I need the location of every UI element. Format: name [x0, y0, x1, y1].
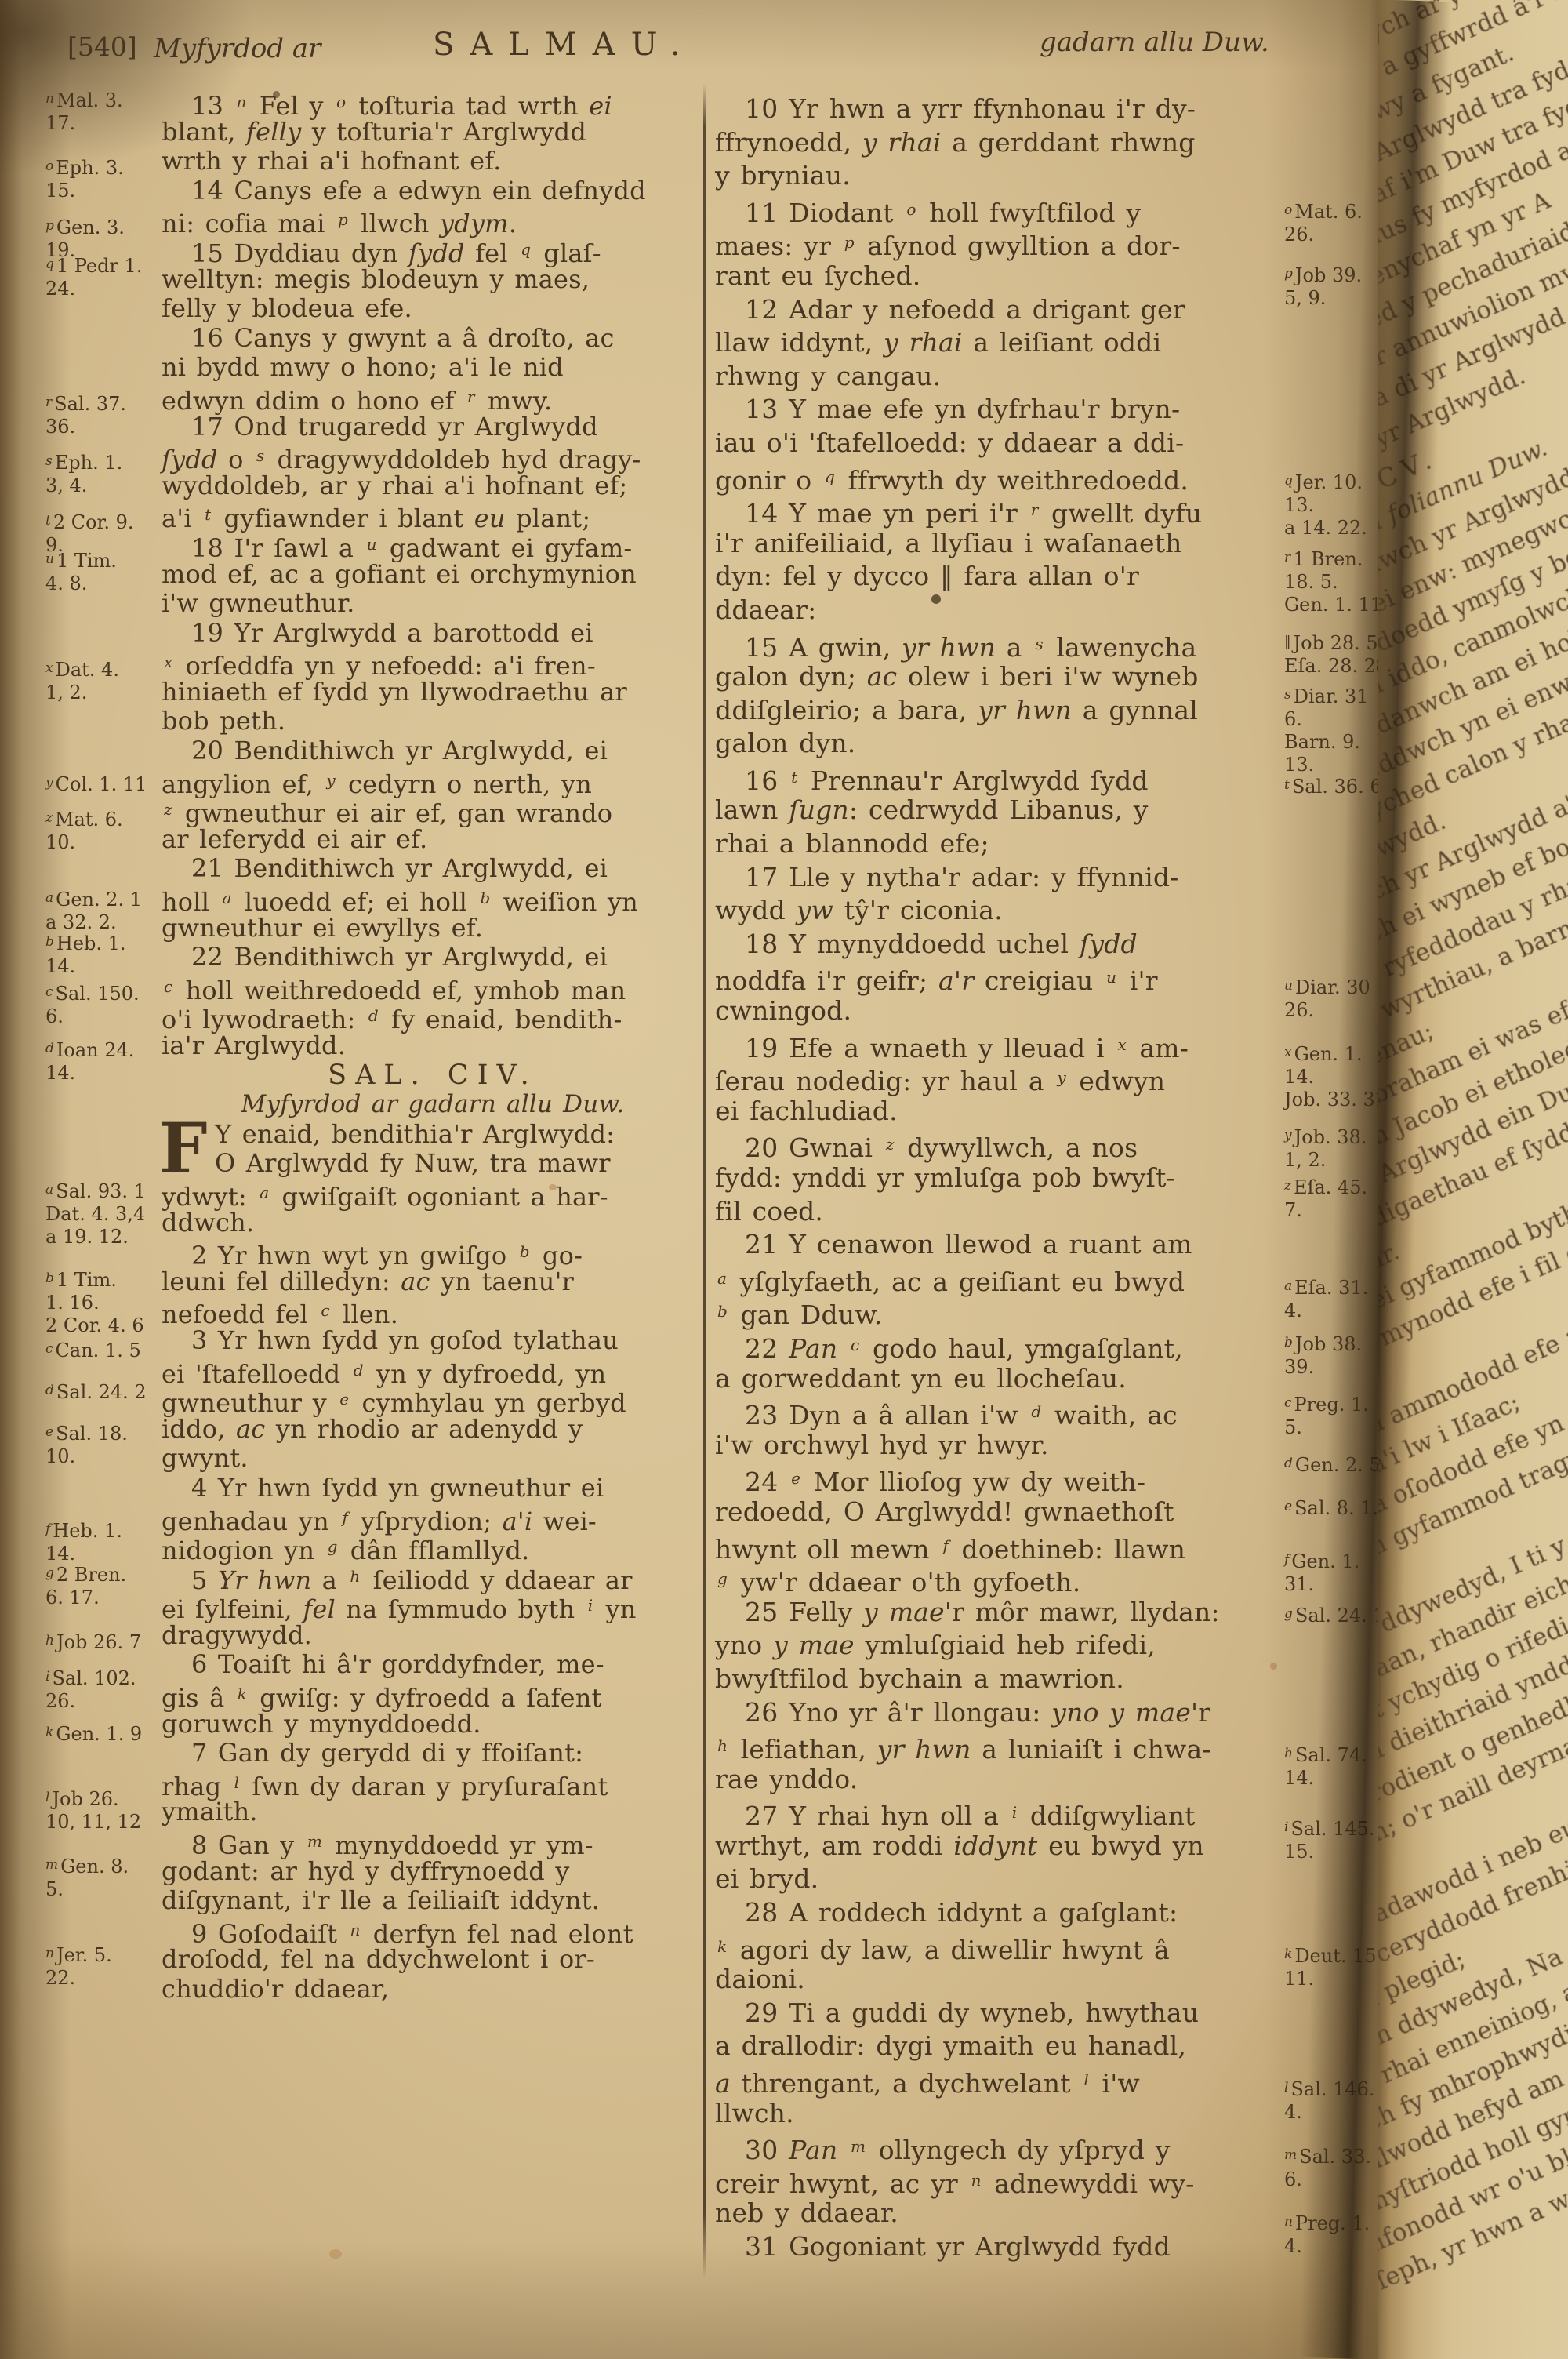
text-line: O Arglwydd fy Nuw, tra mawr: [162, 1149, 704, 1179]
page-title: SALMAU.: [433, 27, 695, 63]
margin-note: cSal. 150.6.: [45, 981, 140, 1028]
margin-note: kGen. 1. 9: [45, 1721, 142, 1746]
margin-note: eSal. 18.10.: [45, 1421, 128, 1468]
margin-note: nMal. 3.17.: [45, 88, 123, 135]
text-line: 17 Lle y nytha'r adar: y ffynnid-: [715, 861, 1269, 895]
text-line: h lefiathan, yr hwn a luniaiſt i chwa-: [715, 1729, 1269, 1763]
text-line: ei ſylfeini, fel na ſymmudo byth i yn: [162, 1591, 704, 1621]
text-line: wyddoldeb, ar y rhai a'i hofnant ef;: [162, 471, 704, 501]
text-line: 13 n Fel y o toſturia tad wrth ei: [162, 88, 704, 118]
text-line: ei bryd.: [715, 1863, 1269, 1896]
margin-note: fHeb. 1.14.: [45, 1518, 122, 1565]
text-line: goruwch y mynyddoedd.: [162, 1710, 704, 1739]
margin-note: mGen. 8.5.: [45, 1854, 129, 1901]
margin-note: aSal. 93. 1Dat. 4. 3,4a 19. 12.: [45, 1179, 146, 1249]
margin-note: lJob 26.10, 11, 12: [45, 1787, 141, 1834]
margin-note: aGen. 2. 1a 32. 2.: [45, 887, 142, 934]
text-line: iddo, ac yn rhodio ar adenydd y: [162, 1415, 704, 1445]
text-line: 2 Yr hwn wyt yn gwiſgo b go-: [162, 1238, 704, 1267]
text-line: wrthyt, am roddi iddynt eu bwyd yn: [715, 1830, 1269, 1863]
margin-note: g2 Bren.6. 17.: [45, 1562, 126, 1609]
text-line: wrth y rhai a'i hofnant ef.: [162, 147, 704, 176]
text-line: fil coed.: [715, 1195, 1269, 1229]
text-line: SAL. CIV.: [162, 1061, 704, 1091]
text-line: c holl weithredoedd ef, ymhob man: [162, 972, 704, 1002]
text-line: g yw'r ddaear o'th gyfoeth.: [715, 1562, 1269, 1596]
margin-note: ‖Job 28. 5Eſa. 28. 28: [1284, 631, 1388, 678]
text-line: x orſeddfa yn y nefoedd: a'i fren-: [162, 648, 704, 678]
margin-note: fGen. 1.31.: [1284, 1549, 1359, 1596]
text-line: b gan Dduw.: [715, 1295, 1269, 1329]
text-line: blant, felly y toſturia'r Arglwydd: [162, 118, 704, 147]
text-line: 25 Felly y mae'r môr mawr, llydan:: [715, 1596, 1269, 1630]
text-line: 15 A gwin, yr hwn a s lawenycha: [715, 627, 1269, 661]
text-line: nefoedd fel c llen.: [162, 1296, 704, 1326]
text-line: ffrynoedd, y rhai a gerddant rhwng: [715, 126, 1269, 160]
paper-stain: [1270, 1663, 1277, 1670]
margin-note: pJob 39.5, 9.: [1284, 263, 1362, 310]
drop-cap: F: [158, 1120, 207, 1176]
margin-note: eSal. 8. 1.: [1284, 1496, 1378, 1520]
text-line: 3 Yr hwn ſydd yn goſod tylathau: [162, 1326, 704, 1356]
text-line: bwyſtfilod bychain a mawrion.: [715, 1663, 1269, 1696]
text-line: wydd yw tŷ'r ciconia.: [715, 894, 1269, 928]
text-line: gwneuthur ei ewyllys ef.: [162, 914, 704, 943]
text-line: o'i lywodraeth: d fy enaid, bendith-: [162, 1001, 704, 1031]
text-line: k agori dy law, a diwellir hwynt â: [715, 1930, 1269, 1964]
paper-stain: [329, 2249, 342, 2259]
text-line: hiniaeth ef ſydd yn llywodraethu ar: [162, 678, 704, 707]
text-line: y bryniau.: [715, 159, 1269, 193]
text-line: 6 Toaiſt hi â'r gorddyfnder, me-: [162, 1650, 704, 1680]
text-line: Myfyrdod ar gadarn allu Duw.: [162, 1090, 704, 1120]
text-line: Y enaid, bendithia'r Arglwydd:: [162, 1120, 704, 1150]
margin-note: nJer. 5.22.: [45, 1943, 112, 1990]
text-line: 21 Bendithiwch yr Arglwydd, ei: [162, 854, 704, 884]
margin-note: bHeb. 1.14.: [45, 931, 126, 978]
text-line: 14 Canys efe a edwyn ein defnydd: [162, 176, 704, 206]
margin-note: yJob. 38.1, 2.: [1284, 1125, 1367, 1172]
text-line: 27 Y rhai hyn oll a i ddiſgwyliant: [715, 1796, 1269, 1830]
text-line: godant: ar hyd y dyffrynoedd y: [162, 1857, 704, 1887]
text-line: z gwneuthur ei air ef, gan wrando: [162, 795, 704, 825]
text-line: diſgynant, i'r lle a ſeiliaiſt iddynt.: [162, 1886, 704, 1916]
text-line: iau o'i 'ſtafelloedd: y ddaear a ddi-: [715, 427, 1269, 460]
text-line: bob peth.: [162, 707, 704, 736]
text-line: 13 Y mae efe yn dyfrhau'r bryn-: [715, 393, 1269, 427]
text-line: dyn: fel y dycco ‖ fara allan o'r: [715, 560, 1269, 594]
text-line: gwneuthur y e cymhylau yn gerbyd: [162, 1385, 704, 1415]
text-line: 4 Yr hwn ſydd yn gwneuthur ei: [162, 1474, 704, 1503]
text-line: llwch.: [715, 2097, 1269, 2131]
text-line: edwyn ddim o hono ef r mwy.: [162, 383, 704, 413]
text-line: 11 Diodant o holl fwyſtfilod y: [715, 193, 1269, 227]
running-title-left: Myfyrdod ar: [154, 33, 321, 64]
text-line: ni bydd mwy o hono; a'i le nid: [162, 353, 704, 383]
margin-note: xGen. 1.14.Job. 33. 31: [1284, 1041, 1387, 1111]
text-line: genhadau yn f yſprydion; a'i wei-: [162, 1503, 704, 1533]
text-line: hwynt oll mewn f doethineb: llawn: [715, 1529, 1269, 1563]
running-title-right: gadarn allu Duw.: [1040, 27, 1269, 58]
margin-note: oMat. 6.26.: [1284, 199, 1363, 246]
margin-note: q1 Pedr 1.24.: [45, 253, 142, 300]
text-line: angylion ef, y cedyrn o nerth, yn: [162, 766, 704, 796]
margin-note: kDeut. 1511.: [1284, 1943, 1377, 1990]
margin-note: yCol. 1. 11: [45, 772, 147, 796]
text-line: ddaear:: [715, 594, 1269, 627]
text-line: 24 e Mor llioſog yw dy weith-: [715, 1462, 1269, 1496]
margin-note: dGen. 2. 5: [1284, 1452, 1381, 1477]
text-line: chuddio'r ddaear,: [162, 1975, 704, 2005]
margin-note: sEph. 1.3, 4.: [45, 450, 122, 497]
margin-note: iSal. 145.15.: [1284, 1816, 1375, 1863]
text-line: a threngant, a dychwelant l i'w: [715, 2063, 1269, 2097]
text-line: a'i t gyfiawnder i blant eu plant;: [162, 500, 704, 530]
text-line: ei fachludiad.: [715, 1095, 1269, 1129]
margin-note: lSal. 146.4.: [1284, 2077, 1375, 2124]
text-line: 9 Goſodaiſt n derfyn fel nad elont: [162, 1916, 704, 1946]
text-line: llaw iddynt, y rhai a leiſiant oddi: [715, 326, 1269, 360]
text-line: droſodd, fel na ddychwelont i or-: [162, 1945, 704, 1975]
margin-note: mSal. 33.6.: [1284, 2144, 1371, 2191]
text-line: rhag l ſwn dy daran y pryſuraſant: [162, 1768, 704, 1798]
text-column-right: 10 Yr hwn a yrr ffynhonau i'r dy-ffrynoe…: [715, 93, 1269, 2264]
text-line: dragywydd.: [162, 1621, 704, 1651]
text-line: a gorweddant yn eu llocheſau.: [715, 1362, 1269, 1396]
text-line: 15 Dyddiau dyn ſydd fel q glaſ-: [162, 235, 704, 265]
margin-note: zEſa. 45.7.: [1284, 1175, 1367, 1222]
text-column-left: 13 n Fel y o toſturia tad wrth eiblant, …: [162, 88, 704, 2005]
text-line: 19 Yr Arglwydd a barottodd ei: [162, 619, 704, 649]
text-line: gwynt.: [162, 1444, 704, 1474]
text-line: ni: cofia mai p llwch ydym.: [162, 205, 704, 235]
text-line: rhai a blannodd efe;: [715, 827, 1269, 861]
text-line: mod ef, ac a gofiant ei orchymynion: [162, 560, 704, 590]
text-line: 8 Gan y m mynyddoedd yr ym-: [162, 1827, 704, 1857]
text-line: ar leferydd ei air ef.: [162, 825, 704, 855]
text-line: leuni fel dilledyn: ac yn taenu'r: [162, 1267, 704, 1297]
text-line: daioni.: [715, 1963, 1269, 1997]
text-line: ſydd o s dragywyddoldeb hyd dragy-: [162, 442, 704, 471]
text-line: redoedd, O Arglwydd! gwnaethoſt: [715, 1496, 1269, 1529]
text-line: ydwyt: a gwiſgaiſt ogoniant a har-: [162, 1179, 704, 1209]
margin-note: bJob 38.39.: [1284, 1332, 1362, 1379]
text-line: yno y mae ymluſgiaid heb rifedi,: [715, 1629, 1269, 1663]
text-line: fydd: ynddi yr ymluſga pob bwyſt-: [715, 1161, 1269, 1195]
margin-note: dSal. 24. 2: [45, 1379, 147, 1404]
text-line: nidogion yn g dân fflamllyd.: [162, 1532, 704, 1562]
text-line: 16 t Prennau'r Arglwydd ſydd: [715, 761, 1269, 794]
text-line: 21 Y cenawon llewod a ruant am: [715, 1228, 1269, 1262]
text-line: 22 Pan c godo haul, ymgaſglant,: [715, 1329, 1269, 1362]
book-scan: [540] Myfyrdod ar SALMAU. gadarn allu Du…: [0, 0, 1568, 2359]
text-line: rae ynddo.: [715, 1763, 1269, 1797]
text-line: creir hwynt, ac yr n adnewyddi wy-: [715, 2164, 1269, 2197]
text-line: 30 Pan m ollyngech dy yſpryd y: [715, 2130, 1269, 2164]
text-line: 5 Yr hwn a h ſeiliodd y ddaear ar: [162, 1562, 704, 1592]
text-line: holl a luoedd ef; ei holl b weiſion yn: [162, 884, 704, 914]
text-line: ymaith.: [162, 1797, 704, 1827]
text-line: neb y ddaear.: [715, 2197, 1269, 2230]
text-line: gonir o q ffrwyth dy weithredoedd.: [715, 460, 1269, 494]
text-line: 29 Ti a guddi dy wyneb, hwythau: [715, 1997, 1269, 2030]
text-line: 16 Canys y gwynt a â droſto, ac: [162, 324, 704, 354]
text-line: 23 Dyn a â allan i'w d waith, ac: [715, 1395, 1269, 1429]
margin-note: qJer. 10.13.a 14. 22.: [1284, 470, 1367, 540]
text-line: 31 Gogoniant yr Arglwydd fydd: [715, 2230, 1269, 2264]
text-line: felly y blodeua efe.: [162, 294, 704, 324]
text-line: 22 Bendithiwch yr Arglwydd, ei: [162, 943, 704, 972]
margin-note: iSal. 102.26.: [45, 1666, 136, 1713]
margin-note: zMat. 6.10.: [45, 807, 123, 854]
text-line: 18 Y mynyddoedd uchel ſydd: [715, 928, 1269, 961]
text-line: lawn ſugn: cedrwydd Libanus, y: [715, 794, 1269, 827]
text-line: ddwch.: [162, 1209, 704, 1238]
text-line: maes: yr p aſynod gwylltion a dor-: [715, 226, 1269, 260]
text-line: galon dyn.: [715, 727, 1269, 761]
margin-note: rSal. 37.36.: [45, 391, 126, 438]
margin-note: aEſa. 31.4.: [1284, 1275, 1368, 1322]
text-line: ei 'ſtafelloedd d yn y dyfroedd, yn: [162, 1356, 704, 1386]
text-line: 17 Ond trugaredd yr Arglwydd: [162, 413, 704, 442]
text-line: 10 Yr hwn a yrr ffynhonau i'r dy-: [715, 93, 1269, 126]
page-number: [540]: [67, 31, 137, 62]
text-line: ddiſgleirio; a bara, yr hwn a gynnal: [715, 694, 1269, 728]
facing-page-edge: yn dragywyddlawenycha yn ei weithEfe a e…: [1378, 0, 1568, 2359]
margin-note: dIoan 24.14.: [45, 1038, 134, 1085]
margin-note: gSal. 24. 1: [1284, 1603, 1385, 1627]
text-line: 18 I'r ſawl a u gadwant ei gyfam-: [162, 530, 704, 560]
margin-note: u1 Tim.4. 8.: [45, 548, 117, 595]
text-line: gis â k gwiſg: y dyfroedd a ſafent: [162, 1680, 704, 1710]
margin-note: nPreg. 1.4.: [1284, 2211, 1370, 2258]
text-line: 28 A roddech iddynt a gaſglant:: [715, 1896, 1269, 1930]
left-page: [540] Myfyrdod ar SALMAU. gadarn allu Du…: [0, 0, 1381, 2359]
text-line: a drallodir: dygi ymaith eu hanadl,: [715, 2030, 1269, 2063]
text-line: i'r anifeiliaid, a llyſiau i waſanaeth: [715, 527, 1269, 561]
text-line: 12 Adar y nefoedd a drigant ger: [715, 293, 1269, 327]
text-line: welltyn: megis blodeuyn y maes,: [162, 265, 704, 295]
text-line: noddfa i'r geifr; a'r creigiau u i'r: [715, 961, 1269, 994]
text-line: rant eu ſyched.: [715, 260, 1269, 293]
margin-note: cPreg. 1.5.: [1284, 1392, 1369, 1439]
text-line: rhwng y cangau.: [715, 360, 1269, 394]
text-line: i'w orchwyl hyd yr hwyr.: [715, 1429, 1269, 1463]
text-line: ſerau nodedig: yr haul a y edwyn: [715, 1061, 1269, 1095]
margin-note: xDat. 4.1, 2.: [45, 657, 119, 704]
margin-note: cCan. 1. 5: [45, 1338, 141, 1362]
text-line: 7 Gan dy gerydd di y ffoiſant:: [162, 1739, 704, 1768]
text-line: i'w gwneuthur.: [162, 589, 704, 619]
text-line: cwningod.: [715, 994, 1269, 1028]
text-line: 20 Bendithiwch yr Arglwydd, ei: [162, 736, 704, 766]
margin-note: sDiar. 316.Barn. 9.13.: [1284, 684, 1369, 776]
margin-note: tSal. 36. 6: [1284, 774, 1382, 798]
margin-note: hSal. 74.14.: [1284, 1743, 1367, 1790]
text-line: 20 Gwnai z dywyllwch, a nos: [715, 1128, 1269, 1161]
text-line: 26 Yno yr â'r llongau: yno y mae'r: [715, 1696, 1269, 1730]
margin-note: uDiar. 3026.: [1284, 975, 1370, 1022]
text-line: ia'r Arglwydd.: [162, 1031, 704, 1061]
text-line: 19 Efe a wnaeth y lleuad i x am-: [715, 1028, 1269, 1062]
margin-note: hJob 26. 7: [45, 1630, 141, 1654]
margin-note: oEph. 3.15.: [45, 155, 124, 202]
margin-note: b1 Tim.1. 16.2 Cor. 4. 6: [45, 1267, 144, 1337]
text-line: a yſglyfaeth, ac a geiſiant eu bwyd: [715, 1262, 1269, 1296]
text-line: 14 Y mae yn peri i'r r gwellt dyfu: [715, 493, 1269, 527]
text-line: galon dyn; ac olew i beri i'w wyneb: [715, 660, 1269, 694]
margin-note: r1 Bren.18. 5.Gen. 1. 11: [1284, 547, 1382, 616]
